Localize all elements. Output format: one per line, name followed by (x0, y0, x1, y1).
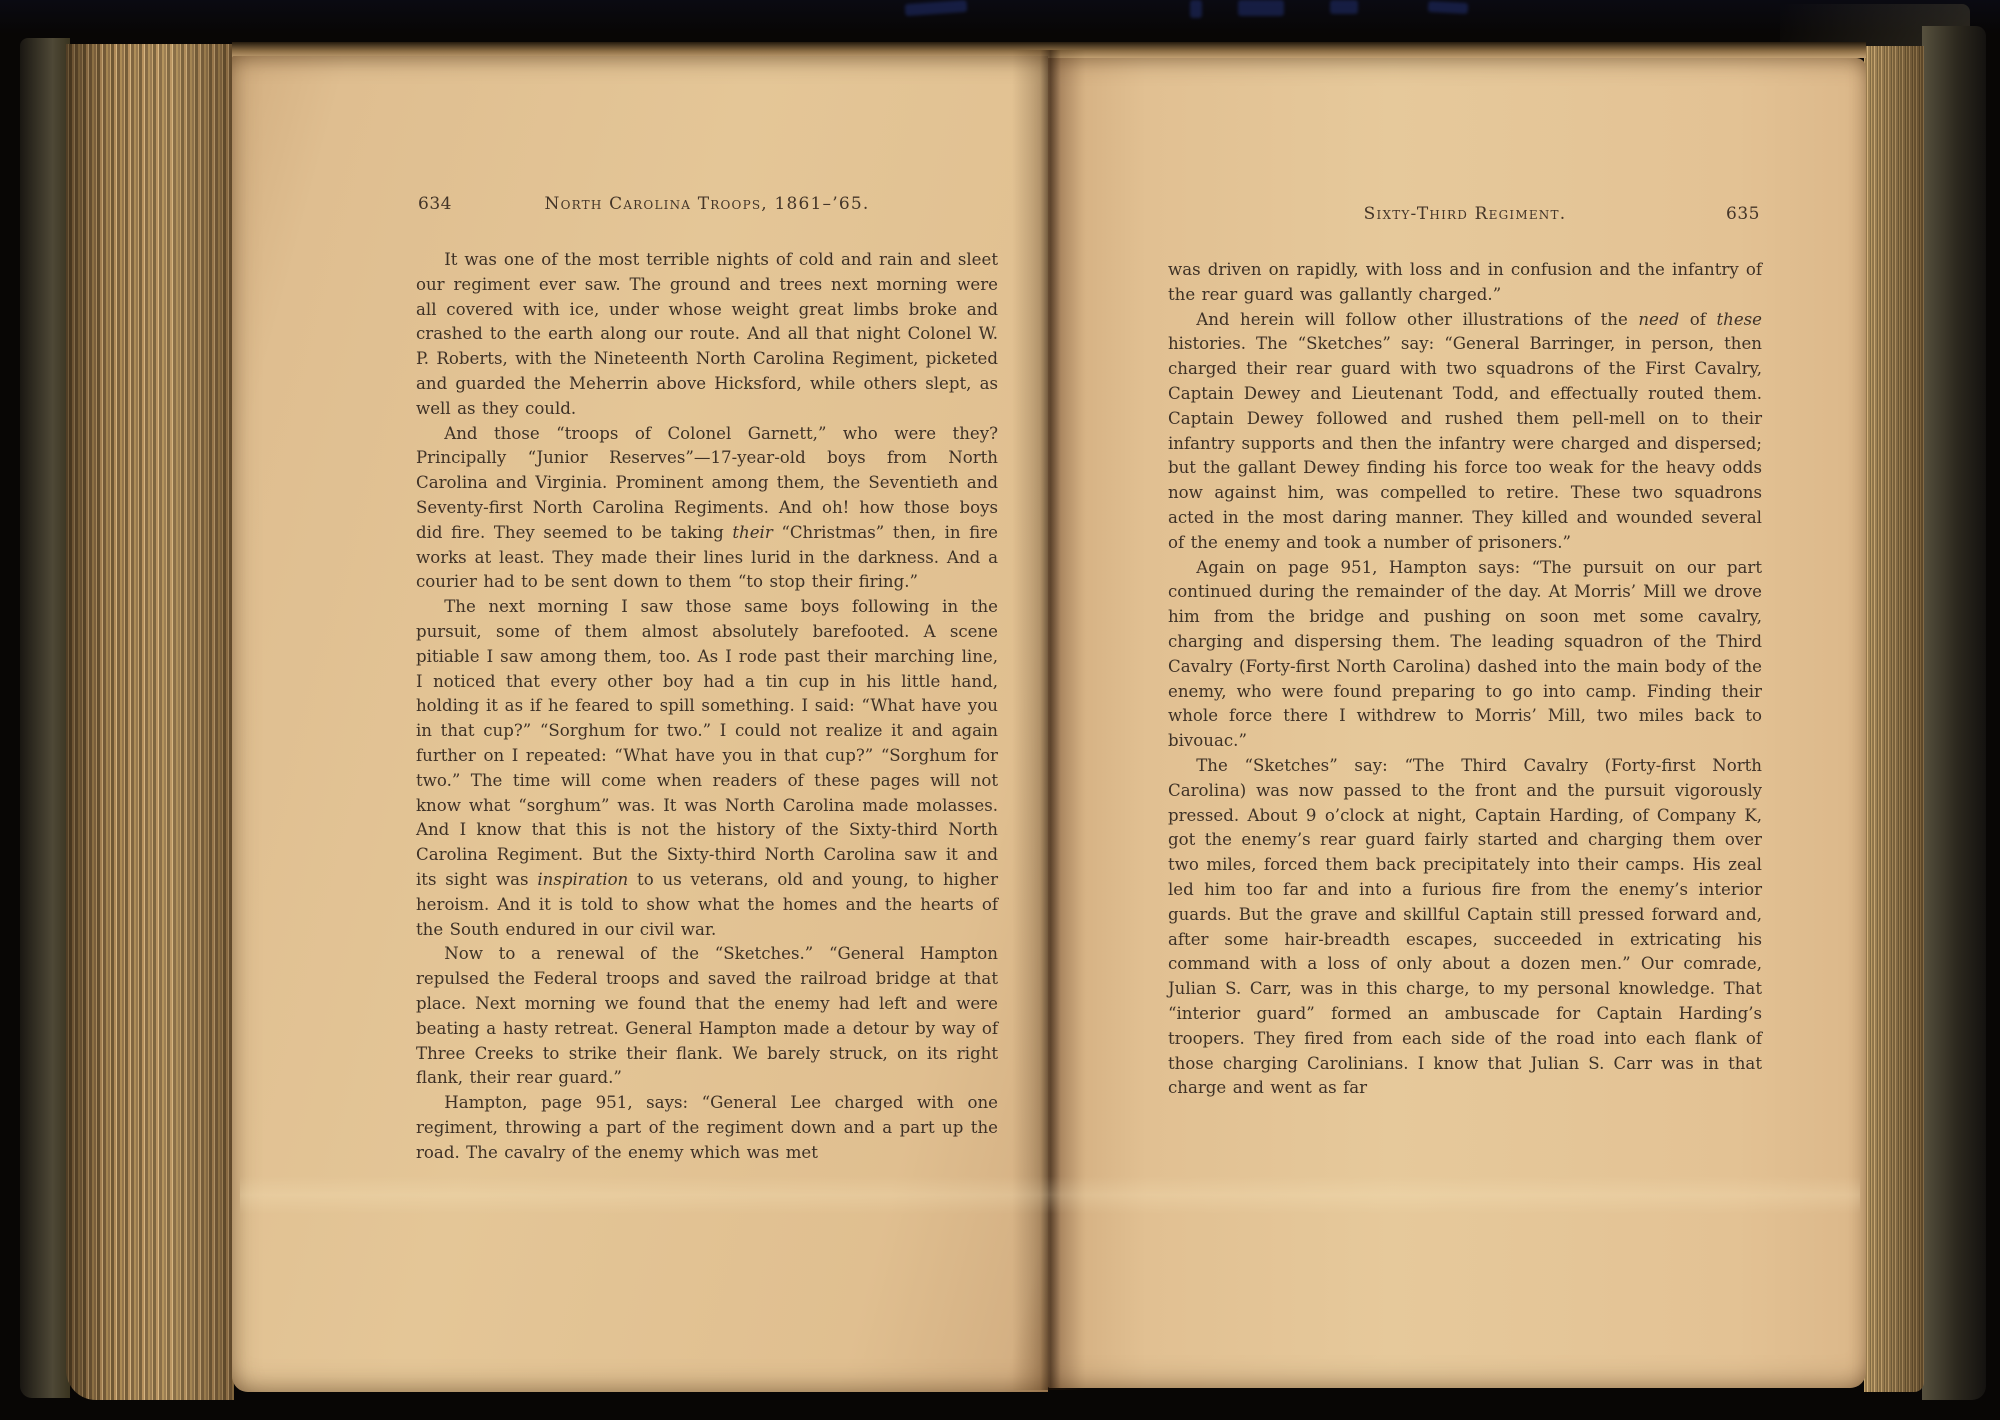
paragraph: The “Sketches” say: “The Third Cavalry (… (1168, 754, 1762, 1101)
ink-mark-icon (1238, 0, 1284, 16)
book-page-left: 634 North Carolina Troops, 1861–’65. It … (232, 56, 1048, 1392)
ink-mark-icon (1330, 0, 1358, 14)
ink-mark-icon (1428, 1, 1469, 14)
paragraph: And those “troops of Colonel Garnett,” w… (416, 422, 998, 596)
paragraph: was driven on rapidly, with loss and in … (1168, 258, 1762, 308)
page-text-left: It was one of the most terrible nights o… (416, 248, 998, 1165)
running-title-right: Sixty-Third Regiment. (1168, 204, 1762, 224)
paragraph: The next morning I saw those same boys f… (416, 595, 998, 942)
book-page-right: Sixty-Third Regiment. 635 was driven on … (1048, 58, 1866, 1388)
page-number-left: 634 (418, 194, 452, 214)
paragraph: Now to a renewal of the “Sketches.” “Gen… (416, 942, 998, 1091)
page-edges-left (66, 44, 234, 1400)
ink-mark-icon (1190, 0, 1202, 18)
book-cover-right (1922, 26, 1986, 1400)
paragraph: It was one of the most terrible nights o… (416, 248, 998, 422)
page-text-right: was driven on rapidly, with loss and in … (1168, 258, 1762, 1101)
page-number-right: 635 (1726, 204, 1760, 224)
page-edges-right (1864, 46, 1924, 1392)
running-head-left: 634 North Carolina Troops, 1861–’65. (416, 194, 998, 222)
photo-background-top (0, 0, 2000, 34)
running-head-right: Sixty-Third Regiment. 635 (1168, 204, 1762, 232)
paragraph: Hampton, page 951, says: “General Lee ch… (416, 1091, 998, 1165)
running-title-left: North Carolina Troops, 1861–’65. (416, 194, 998, 214)
paragraph: And herein will follow other illustratio… (1168, 308, 1762, 556)
paragraph: Again on page 951, Hampton says: “The pu… (1168, 556, 1762, 754)
book-cover-left (20, 38, 70, 1398)
